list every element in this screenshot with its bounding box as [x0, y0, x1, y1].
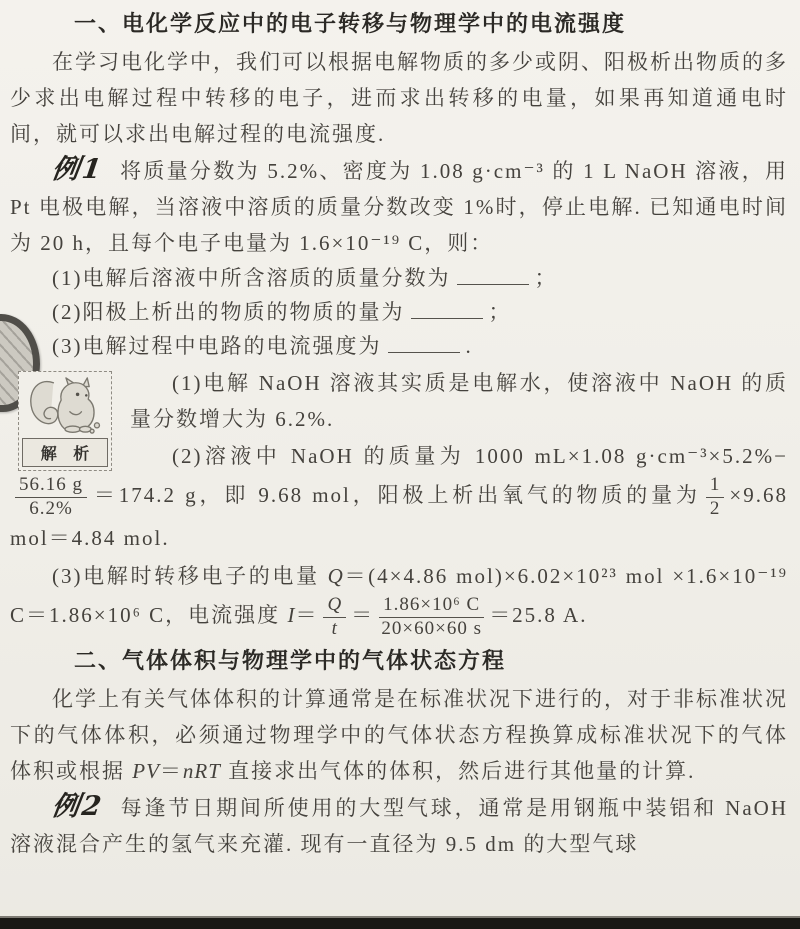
example2-body: 每逢节日期间所使用的大型气球，通常是用钢瓶中装铝和 NaOH 溶液混合产生的氢气…: [10, 796, 788, 856]
fraction: 12: [706, 475, 725, 519]
blank-underline: [411, 297, 483, 319]
fraction-numerator: 1.86×10⁶ C: [379, 595, 484, 618]
math-variable: Q: [328, 564, 344, 588]
fraction-denominator: t: [332, 618, 338, 640]
section1-heading: 一、电化学反应中的电子转移与物理学中的电流强度: [10, 10, 788, 38]
analysis-paragraph-1: (1)电解 NaOH 溶液其实质是电解水，使溶液中 NaOH 的质量分数增大为 …: [10, 365, 788, 437]
blank-underline: [457, 263, 529, 285]
section2-intro: 化学上有关气体体积的计算通常是在标准状况下进行的，对于非标准状况下的气体体积，必…: [10, 681, 788, 789]
example1-label: 例1: [49, 152, 106, 188]
fraction-denominator: 2: [710, 498, 721, 520]
math-variable: PV: [132, 759, 160, 783]
fraction: Qt: [323, 595, 346, 639]
math-variable: nRT: [183, 759, 221, 783]
section2-heading: 二、气体体积与物理学中的气体状态方程: [10, 647, 788, 675]
question-1: (1)电解后溶液中所含溶质的质量分数为；: [10, 261, 788, 295]
example1-body: 将质量分数为 5.2%、密度为 1.08 g·cm⁻³ 的 1 L NaOH 溶…: [10, 159, 788, 255]
example2-label: 例2: [49, 789, 106, 825]
fraction: 1.86×10⁶ C20×60×60 s: [379, 595, 484, 639]
fraction-numerator: 1: [706, 475, 725, 498]
analysis-badge: 解 析: [22, 438, 108, 467]
blank-underline: [388, 331, 460, 353]
question-3: (3)电解过程中电路的电流强度为.: [10, 329, 788, 363]
question-2: (2)阳极上析出的物质的物质的量为；: [10, 295, 788, 329]
fraction: 56.16 g6.2%: [15, 475, 87, 519]
math-variable: I: [287, 603, 295, 627]
section1-intro: 在学习电化学中，我们可以根据电解物质的多少或阴、阳极析出物质的多少求出电解过程中…: [10, 44, 788, 152]
analysis-mascot-box: 解 析: [18, 371, 112, 471]
fraction-denominator: 20×60×60 s: [381, 618, 482, 640]
example2-paragraph: 例2每逢节日期间所使用的大型气球，通常是用钢瓶中装铝和 NaOH 溶液混合产生的…: [10, 789, 788, 862]
fraction-denominator: 6.2%: [29, 498, 73, 520]
analysis-block: 解 析 (1)电解 NaOH 溶液其实质是电解水，使溶液中 NaOH 的质量分数…: [10, 365, 788, 639]
page-bottom-edge: [0, 916, 800, 929]
analysis-paragraph-2: (2)溶液中 NaOH 的质量为 1000 mL×1.08 g·cm⁻³×5.2…: [10, 437, 788, 557]
analysis-paragraph-3: (3)电解时转移电子的电量 Q＝(4×4.86 mol)×6.02×10²³ m…: [10, 557, 788, 639]
squirrel-icon: [22, 375, 108, 435]
page-content: 一、电化学反应中的电子转移与物理学中的电流强度 在学习电化学中，我们可以根据电解…: [0, 0, 800, 862]
example1-paragraph: 例1将质量分数为 5.2%、密度为 1.08 g·cm⁻³ 的 1 L NaOH…: [10, 152, 788, 261]
fraction-numerator: Q: [323, 595, 346, 618]
page: { "colors": { "page_bg": "#f0eee8", "ink…: [0, 0, 800, 929]
fraction-numerator: 56.16 g: [15, 475, 87, 498]
